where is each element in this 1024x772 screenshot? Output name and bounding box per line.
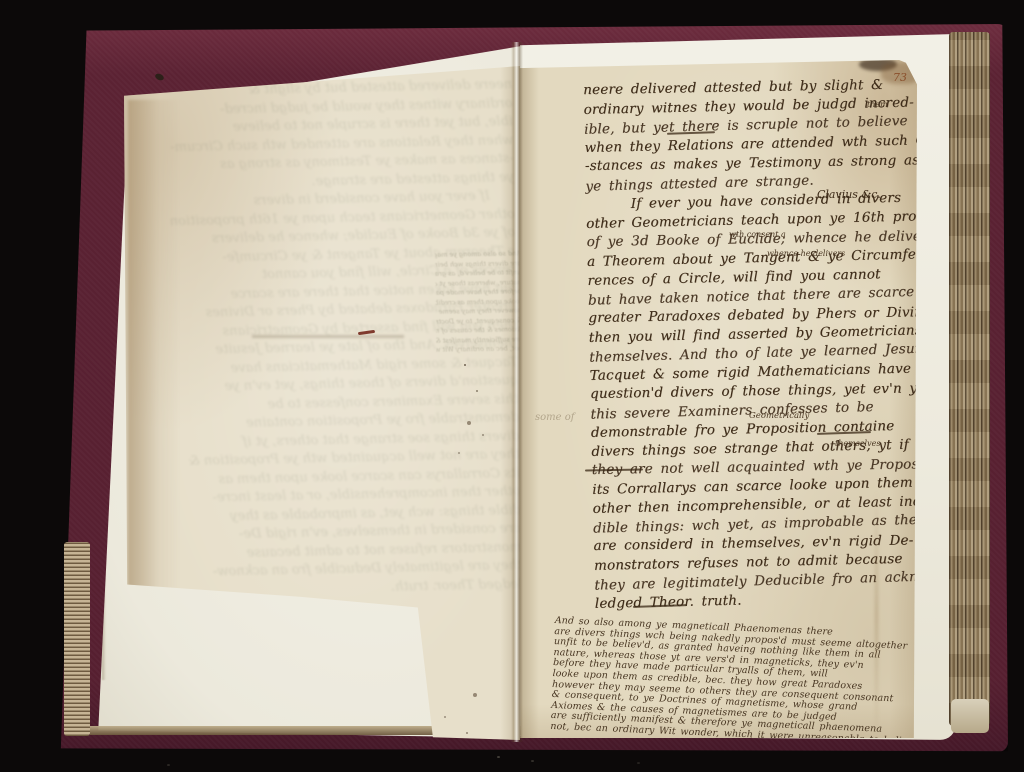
pencil-margin-note: some of [535,412,574,423]
interline-insertion: Geometrically [749,411,809,421]
right-page: 73 neere delivered attested but by sligh… [519,60,917,738]
paper-wrinkle [875,490,878,740]
interline-insertion: whence he delivers [767,249,845,258]
text-line: not, bec an ordinary Wit wonder, which i… [437,344,523,355]
dust-specks [497,756,500,758]
interline-insertion: themselves [835,439,880,448]
show-through-margin-note: And so also among ye magneticall Phaenom… [435,249,523,382]
page-block-edge-left [64,542,90,736]
smudge-mark [252,335,404,338]
interline-insertion-clavius: Clavius &c. [817,188,881,201]
ink-specks [464,364,466,366]
interline-insertion: wth consent a [729,230,786,239]
fore-edge [949,32,990,726]
interline-insertion: them [867,100,888,109]
photograph-of-open-manuscript-book: neere delivered attested but by slight &… [0,0,1024,772]
fore-edge-corner [951,699,989,733]
manuscript-addendum-text: And so also among ye magneticall Phaenom… [550,616,921,748]
gutter-fold [511,42,523,742]
